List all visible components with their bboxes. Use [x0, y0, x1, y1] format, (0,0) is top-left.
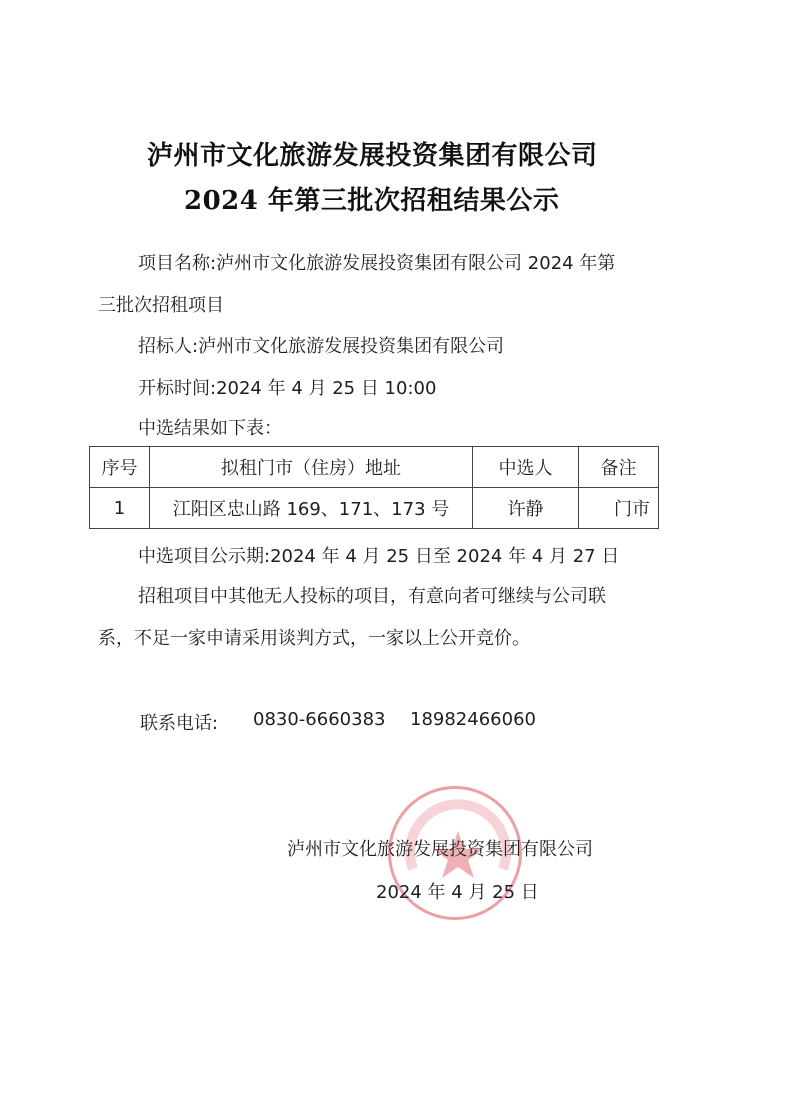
contact-phone2: 18982466060 [410, 709, 536, 730]
contact-label: 联系电话: [140, 709, 218, 735]
table-header-row: 序号 拟租门市（住房）地址 中选人 备注 [90, 447, 659, 488]
cell-index: 1 [90, 488, 150, 529]
cell-address: 江阳区忠山路 169、171、173 号 [150, 488, 473, 529]
signature-organization: 泸州市文化旅游发展投资集团有限公司 [287, 835, 593, 861]
note-line1: 招租项目中其他无人投标的项目，有意向者可继续与公司联 [138, 582, 606, 608]
tenderer: 招标人:泸州市文化旅游发展投资集团有限公司 [138, 332, 504, 358]
document-title-line1: 泸州市文化旅游发展投资集团有限公司 [147, 135, 598, 172]
header-remark: 备注 [579, 447, 659, 488]
note-line2: 系，不足一家申请采用谈判方式，一家以上公开竞价。 [98, 624, 530, 650]
table-row: 1 江阳区忠山路 169、171、173 号 许静 门市 [90, 488, 659, 529]
result-intro: 中选结果如下表： [138, 414, 282, 440]
publicity-period: 中选项目公示期:2024 年 4 月 25 日至 2024 年 4 月 27 日 [138, 542, 619, 568]
contact-phone1: 0830-6660383 [253, 709, 385, 730]
cell-winner: 许静 [473, 488, 579, 529]
signature-date: 2024 年 4 月 25 日 [376, 878, 539, 904]
bid-opening-time: 开标时间:2024 年 4 月 25 日 10:00 [138, 374, 436, 400]
result-table: 序号 拟租门市（住房）地址 中选人 备注 1 江阳区忠山路 169、171、17… [89, 446, 659, 529]
project-name-line1: 项目名称:泸州市文化旅游发展投资集团有限公司 2024 年第 [138, 249, 615, 275]
header-index: 序号 [90, 447, 150, 488]
cell-remark: 门市 [579, 488, 659, 529]
document-title-line2: 2024 年第三批次招租结果公示 [184, 180, 559, 217]
header-winner: 中选人 [473, 447, 579, 488]
header-address: 拟租门市（住房）地址 [150, 447, 473, 488]
project-name-line2: 三批次招租项目 [98, 291, 224, 317]
